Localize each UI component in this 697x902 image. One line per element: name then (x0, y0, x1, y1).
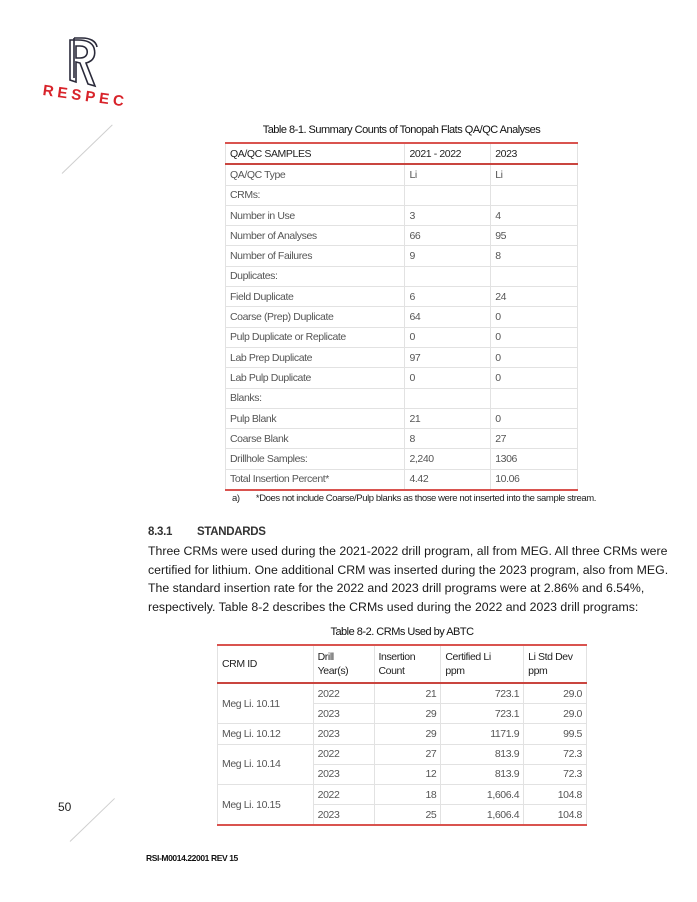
table-cell: 813.9 (441, 744, 524, 764)
table-cell: 0 (405, 327, 491, 347)
table-cell: 2022 (313, 784, 374, 804)
table-row: Field Duplicate624 (226, 287, 578, 307)
table-row: Duplicates: (226, 266, 578, 286)
table-row: Meg Li. 10.122023291171.999.5 (218, 724, 587, 744)
table-cell (405, 388, 491, 408)
table-cell: 1306 (491, 449, 578, 469)
table-cell: 72.3 (524, 744, 587, 764)
table-cell (491, 266, 578, 286)
table-row: QA/QC TypeLiLi (226, 164, 578, 185)
table-cell: CRMs: (226, 185, 405, 205)
table-row: Pulp Blank210 (226, 408, 578, 428)
table-row: Coarse (Prep) Duplicate640 (226, 307, 578, 327)
table2-caption: Table 8-2. CRMs Used by ABTC (217, 626, 587, 638)
table-cell (405, 266, 491, 286)
column-header: DrillYear(s) (313, 645, 374, 683)
table-cell: 1,606.4 (441, 784, 524, 804)
table-cell: 29.0 (524, 704, 587, 724)
crms-table: CRM IDDrillYear(s)InsertionCountCertifie… (217, 644, 587, 826)
table1-caption: Table 8-1. Summary Counts of Tonopah Fla… (225, 124, 578, 136)
table-cell (491, 388, 578, 408)
table-cell: 64 (405, 307, 491, 327)
column-header: 2021 - 2022 (405, 143, 491, 164)
table-cell: 8 (491, 246, 578, 266)
table-cell: 9 (405, 246, 491, 266)
page-number: 50 (58, 800, 71, 814)
table-cell: Number in Use (226, 205, 405, 225)
document-id: RSI-M0014.22001 REV 15 (146, 853, 238, 863)
table-cell: Lab Pulp Duplicate (226, 368, 405, 388)
table-cell: Duplicates: (226, 266, 405, 286)
table-row: Blanks: (226, 388, 578, 408)
table-cell: 2022 (313, 744, 374, 764)
table-cell: 21 (405, 408, 491, 428)
table-cell: 66 (405, 226, 491, 246)
table-cell: 1171.9 (441, 724, 524, 744)
table-row: CRMs: (226, 185, 578, 205)
table-cell: Coarse Blank (226, 429, 405, 449)
table-row: Number of Failures98 (226, 246, 578, 266)
table-cell: 24 (491, 287, 578, 307)
column-header: Li Std Devppm (524, 645, 587, 683)
table-cell: 0 (405, 368, 491, 388)
table-cell: 2,240 (405, 449, 491, 469)
table-row: Meg Li. 10.11202221723.129.0 (218, 683, 587, 704)
table-cell: Pulp Blank (226, 408, 405, 428)
column-header: InsertionCount (374, 645, 441, 683)
table-cell: Number of Analyses (226, 226, 405, 246)
crm-id-cell: Meg Li. 10.14 (218, 744, 314, 784)
section-paragraph: Three CRMs were used during the 2021-202… (148, 542, 688, 616)
table-cell: 0 (491, 307, 578, 327)
footnote-marker: a) (232, 493, 240, 504)
table-cell: Coarse (Prep) Duplicate (226, 307, 405, 327)
table-cell: Blanks: (226, 388, 405, 408)
table-cell: Field Duplicate (226, 287, 405, 307)
section-number: 8.3.1 (148, 526, 172, 538)
table-cell: 723.1 (441, 683, 524, 704)
table-cell: 25 (374, 805, 441, 826)
table-row: Total Insertion Percent*4.4210.06 (226, 469, 578, 490)
table-cell: 95 (491, 226, 578, 246)
table-cell: 2022 (313, 683, 374, 704)
table-cell (491, 185, 578, 205)
table-cell: 6 (405, 287, 491, 307)
column-header: Certified Lippm (441, 645, 524, 683)
decorative-divider (62, 125, 113, 174)
table-cell: 0 (491, 368, 578, 388)
table-row: Pulp Duplicate or Replicate00 (226, 327, 578, 347)
table-cell: 2023 (313, 724, 374, 744)
table-cell: 97 (405, 347, 491, 367)
table-cell: 29.0 (524, 683, 587, 704)
table-row: Meg Li. 10.152022181,606.4104.8 (218, 784, 587, 804)
table-cell: QA/QC Type (226, 164, 405, 185)
table-cell: 723.1 (441, 704, 524, 724)
table-cell: 27 (491, 429, 578, 449)
table-cell: 0 (491, 408, 578, 428)
section-heading: 8.3.1 STANDARDS (148, 526, 266, 538)
table-row: Lab Prep Duplicate970 (226, 347, 578, 367)
table-cell: Number of Failures (226, 246, 405, 266)
table-cell: 21 (374, 683, 441, 704)
table-cell: Lab Prep Duplicate (226, 347, 405, 367)
table-cell: 27 (374, 744, 441, 764)
column-header: CRM ID (218, 645, 314, 683)
table-cell: 10.06 (491, 469, 578, 490)
table-row: Number in Use34 (226, 205, 578, 225)
table-cell: 99.5 (524, 724, 587, 744)
table-cell: 104.8 (524, 784, 587, 804)
table-row: Drillhole Samples:2,2401306 (226, 449, 578, 469)
table-cell: 4.42 (405, 469, 491, 490)
table-cell: 0 (491, 327, 578, 347)
table-cell: 0 (491, 347, 578, 367)
qaqc-summary-table: QA/QC SAMPLES2021 - 20222023 QA/QC TypeL… (225, 142, 578, 491)
table1-footnote: a) *Does not include Coarse/Pulp blanks … (232, 493, 596, 504)
crm-id-cell: Meg Li. 10.12 (218, 724, 314, 744)
footnote-text: *Does not include Coarse/Pulp blanks as … (256, 493, 596, 504)
crm-id-cell: Meg Li. 10.11 (218, 683, 314, 724)
table-cell: 1,606.4 (441, 805, 524, 826)
table-row: Meg Li. 10.14202227813.972.3 (218, 744, 587, 764)
table-cell: Pulp Duplicate or Replicate (226, 327, 405, 347)
crm-id-cell: Meg Li. 10.15 (218, 784, 314, 825)
table-row: Lab Pulp Duplicate00 (226, 368, 578, 388)
table-cell: 2023 (313, 764, 374, 784)
section-title: STANDARDS (197, 526, 266, 538)
table-cell: 29 (374, 704, 441, 724)
column-header: 2023 (491, 143, 578, 164)
table-cell: Drillhole Samples: (226, 449, 405, 469)
table-row: Coarse Blank827 (226, 429, 578, 449)
table-cell (405, 185, 491, 205)
table-cell: 29 (374, 724, 441, 744)
table-cell: 72.3 (524, 764, 587, 784)
table-cell: 2023 (313, 704, 374, 724)
table-cell: 813.9 (441, 764, 524, 784)
table-cell: 8 (405, 429, 491, 449)
table-cell: 3 (405, 205, 491, 225)
table-cell: 12 (374, 764, 441, 784)
table-cell: Li (405, 164, 491, 185)
table-cell: Li (491, 164, 578, 185)
table-cell: 18 (374, 784, 441, 804)
column-header: QA/QC SAMPLES (226, 143, 405, 164)
table-cell: Total Insertion Percent* (226, 469, 405, 490)
decorative-divider (70, 798, 115, 842)
table-cell: 104.8 (524, 805, 587, 826)
table-cell: 2023 (313, 805, 374, 826)
table-cell: 4 (491, 205, 578, 225)
table-row: Number of Analyses6695 (226, 226, 578, 246)
